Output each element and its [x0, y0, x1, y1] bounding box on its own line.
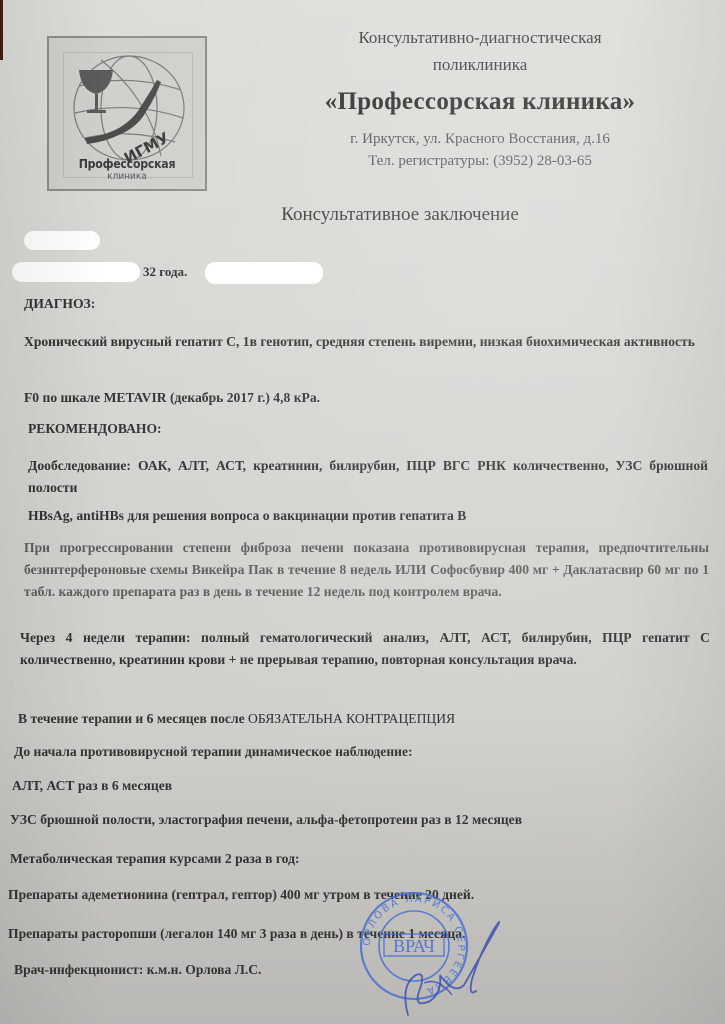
contraception-emphasis: ОБЯЗАТЕЛЬНА КОНТРАЦЕПЦИЯ: [248, 711, 455, 726]
clinic-phone: Тел. регистратуры: (3952) 28-03-65: [270, 153, 690, 170]
clinic-address: г. Иркутск, ул. Красного Восстания, д.16: [270, 131, 690, 148]
redacted-patient-info: [205, 262, 323, 284]
org-name-line1: Консультативно-диагностическая: [270, 28, 690, 48]
clinic-name: «Профессорская клиника»: [270, 88, 690, 116]
org-name-line2: поликлиника: [270, 55, 690, 75]
recommendations-heading: РЕКОМЕНДОВАНО:: [28, 421, 162, 437]
handwritten-signature-icon: [380, 905, 520, 1024]
patient-age: 32 года.: [143, 264, 187, 280]
observation-item-2: УЗС брюшной полости, эластография печени…: [10, 812, 522, 828]
document-title: Консультативное заключение: [200, 204, 600, 226]
diagnosis-heading: ДИАГНОЗ:: [24, 296, 95, 312]
doctor-signature-line: Врач-инфекционист: к.м.н. Орлова Л.С.: [14, 962, 261, 978]
photo-edge: [0, 0, 3, 60]
diagnosis-text: Хронический вирусный гепатит С, 1в генот…: [24, 331, 709, 353]
hepatitis-b-tests: HBsAg, antiHBs для решения вопроса о вак…: [28, 508, 466, 524]
antiviral-therapy-text: При прогрессировании степени фиброза печ…: [24, 537, 709, 603]
redacted-patient-birth: [12, 262, 140, 282]
contraception-prefix: В течение терапии и 6 месяцев после: [18, 711, 248, 726]
contraception-note: В течение терапии и 6 месяцев после ОБЯЗ…: [18, 711, 455, 727]
logo-caption-line1: Профессорская: [58, 156, 195, 171]
fibrosis-stage: F0 по шкале METAVIR (декабрь 2017 г.) 4,…: [24, 390, 320, 406]
redacted-patient-name: [24, 231, 100, 250]
observation-item-1: АЛТ, АСТ раз в 6 месяцев: [12, 778, 172, 794]
logo-caption-line2: клиника: [57, 171, 197, 182]
clinic-logo: ИГМУ Профессорская клиника: [47, 36, 207, 191]
metabolic-therapy-heading: Метаболическая терапия курсами 2 раза в …: [10, 851, 299, 867]
recommended-exams: Дообследование: ОАК, АЛТ, АСТ, креатинин…: [28, 455, 708, 499]
therapy-followup-text: Через 4 недели терапии: полный гематолог…: [20, 627, 710, 671]
observation-heading: До начала противовирусной терапии динами…: [14, 744, 413, 760]
